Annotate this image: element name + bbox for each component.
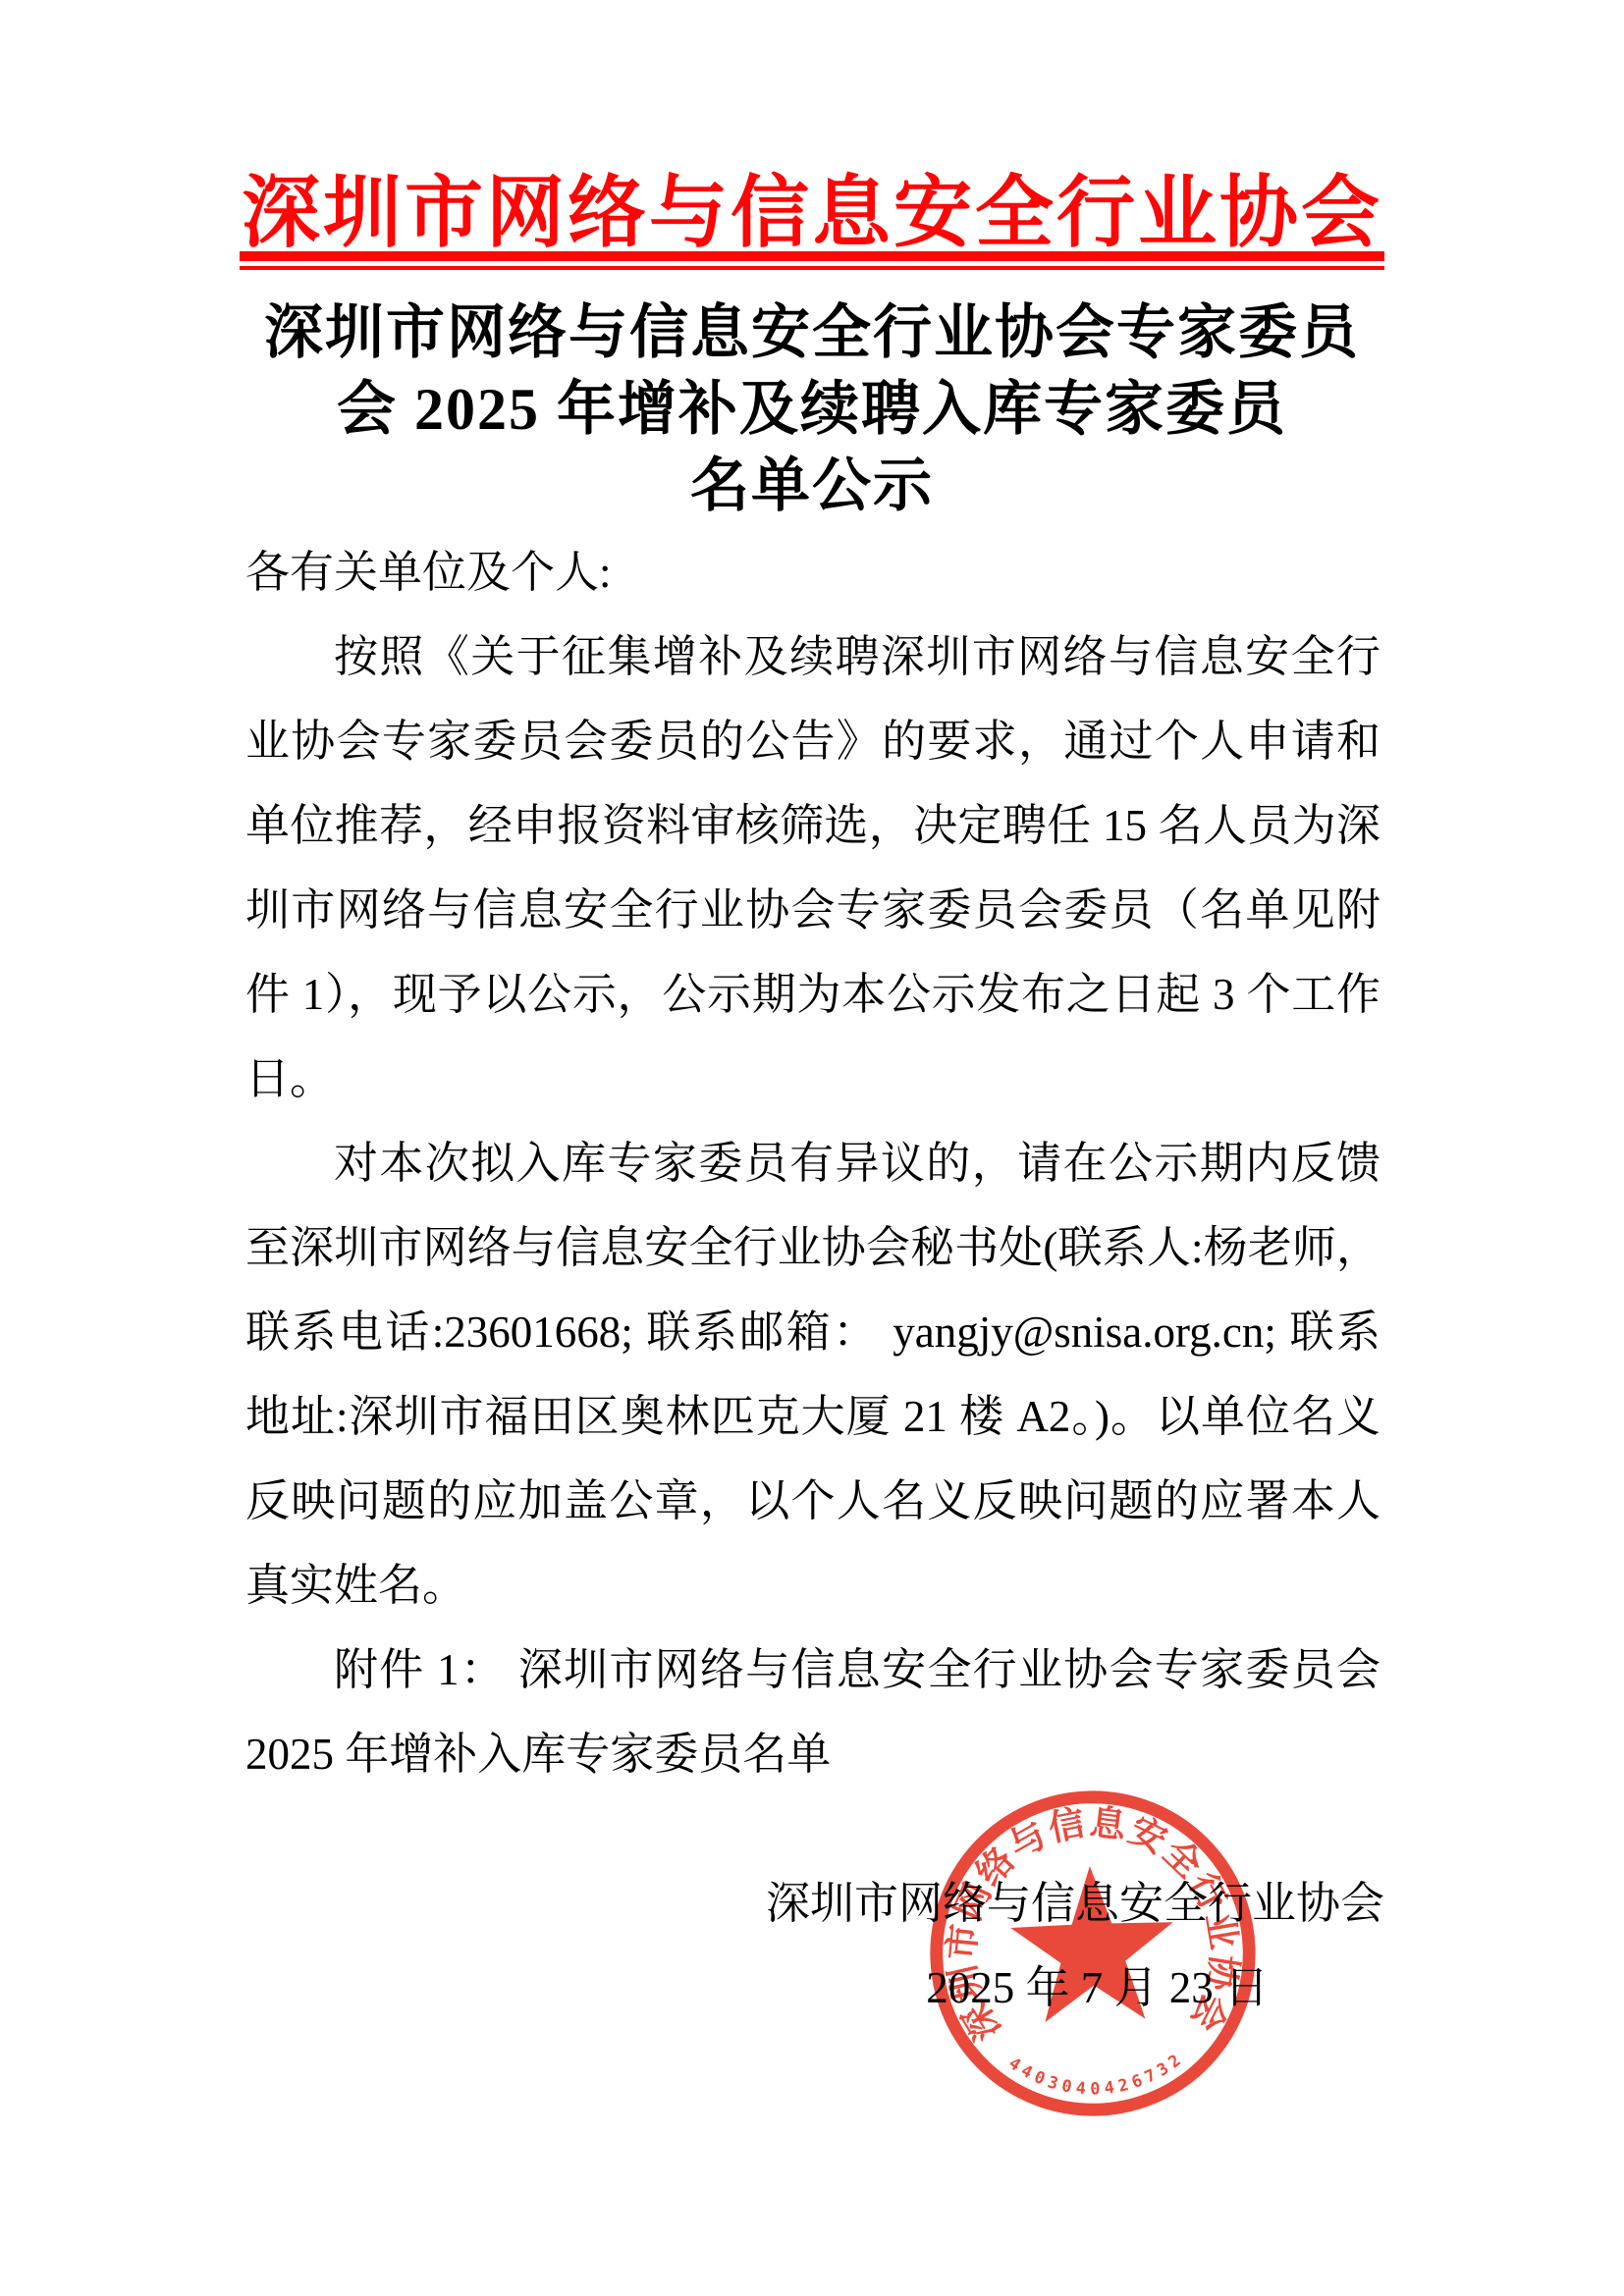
signature-date: 2025 年 7 月 23 日 [766,1946,1384,2030]
paragraph-appointment: 按照《关于征集增补及续聘深圳市网络与信息安全行业协会专家委员会委员的公告》的要求… [245,614,1380,1121]
attachment-note: 附件 1： 深圳市网络与信息安全行业协会专家委员会 2025 年增补入库专家委员… [245,1628,1380,1796]
salutation-line: 各有关单位及个人: [245,530,1380,614]
signature-block: 深圳市网络与信息安全行业协会 2025 年 7 月 23 日 [766,1861,1384,2030]
document-title-line2: 会 2025 年增补及续聘入库专家委员 [0,371,1624,448]
document-title-line1: 深圳市网络与信息安全行业协会专家委员 [0,294,1624,371]
document-title: 深圳市网络与信息安全行业协会专家委员 会 2025 年增补及续聘入库专家委员 名… [0,294,1624,524]
paragraph-objection-contact: 对本次拟入库专家委员有异议的，请在公示期内反馈至深圳市网络与信息安全行业协会秘书… [245,1121,1380,1628]
document-body: 各有关单位及个人: 按照《关于征集增补及续聘深圳市网络与信息安全行业协会专家委员… [245,530,1380,1796]
document-page: 深圳市网络与信息安全行业协会 深圳市网络与信息安全行业协会专家委员 会 2025… [0,0,1624,2296]
header-rule-thin [240,266,1384,270]
header-rule-thick [240,251,1384,261]
document-title-line3: 名单公示 [0,448,1624,524]
signature-org-name: 深圳市网络与信息安全行业协会 [766,1861,1384,1946]
seal-serial-number: 4403040426732 [1004,2047,1189,2101]
org-header-title: 深圳市网络与信息安全行业协会 [0,149,1624,262]
